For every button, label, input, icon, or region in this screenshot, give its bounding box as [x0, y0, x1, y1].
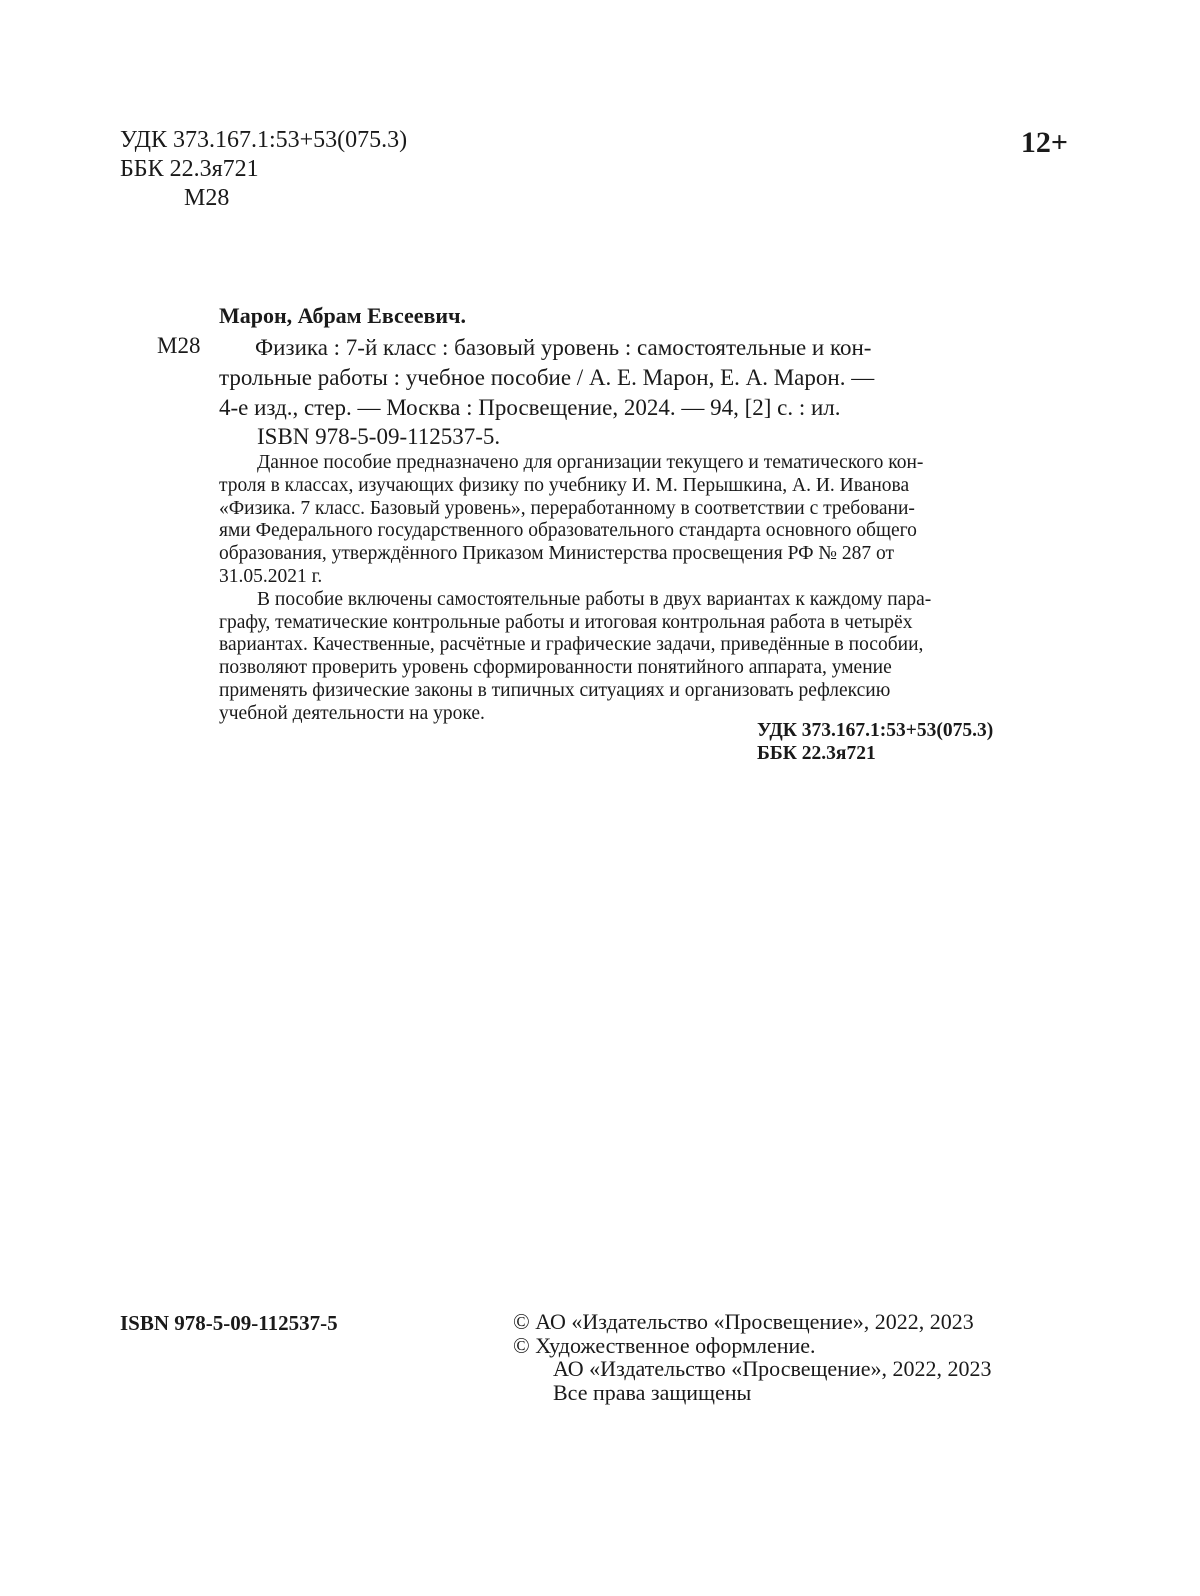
author-name: Марон, Абрам Евсеевич. — [219, 303, 466, 329]
annotation-line: 31.05.2021 г. — [219, 566, 1039, 589]
annotation-line: применять физические законы в типичных с… — [219, 680, 1039, 703]
copyright-line: © АО «Издательство «Просвещение», 2022, … — [513, 1310, 992, 1334]
title-line: 4-е изд., стер. — Москва : Просвещение, … — [219, 393, 1039, 423]
record-isbn: ISBN 978-5-09-112537-5. — [257, 424, 500, 450]
classification-codes: УДК 373.167.1:53+53(075.3) ББК 22.3я721 — [757, 719, 993, 765]
record-author-mark: М28 — [157, 333, 200, 359]
bbk-code: ББК 22.3я721 — [757, 742, 993, 765]
annotation-line: ями Федерального государственного образо… — [219, 520, 1039, 543]
annotation-line: графу, тематические контрольные работы и… — [219, 612, 1039, 635]
footer-isbn: ISBN 978-5-09-112537-5 — [120, 1311, 338, 1336]
author-mark: М28 — [120, 184, 407, 213]
age-rating: 12+ — [1021, 126, 1068, 160]
annotation-line: вариантах. Качественные, расчётные и гра… — [219, 634, 1039, 657]
annotation-line: позволяют проверить уровень сформированн… — [219, 657, 1039, 680]
udk-code: УДК 373.167.1:53+53(075.3) — [757, 719, 993, 742]
header-codes: УДК 373.167.1:53+53(075.3) ББК 22.3я721 … — [120, 126, 407, 213]
copyright-line: Все права защищены — [513, 1381, 992, 1405]
copyright-line: АО «Издательство «Просвещение», 2022, 20… — [513, 1357, 992, 1381]
annotation-line: «Физика. 7 класс. Базовый уровень», пере… — [219, 498, 1039, 521]
annotation-line: В пособие включены самостоятельные работ… — [219, 589, 1039, 612]
copyright-line: © Художественное оформление. — [513, 1334, 992, 1358]
udk-code: УДК 373.167.1:53+53(075.3) — [120, 126, 407, 155]
annotation-line: образования, утверждённого Приказом Мини… — [219, 543, 1039, 566]
title-line: трольные работы : учебное пособие / А. Е… — [219, 363, 1039, 393]
bbk-code: ББК 22.3я721 — [120, 155, 407, 184]
title-line: Физика : 7-й класс : базовый уровень : с… — [219, 333, 1039, 363]
bibliographic-description: Физика : 7-й класс : базовый уровень : с… — [219, 333, 1039, 423]
annotation-line: Данное пособие предназначено для организ… — [219, 452, 1039, 475]
annotation: Данное пособие предназначено для организ… — [219, 452, 1039, 726]
annotation-line: троля в классах, изучающих физику по уче… — [219, 475, 1039, 498]
copyright-block: © АО «Издательство «Просвещение», 2022, … — [513, 1310, 992, 1404]
